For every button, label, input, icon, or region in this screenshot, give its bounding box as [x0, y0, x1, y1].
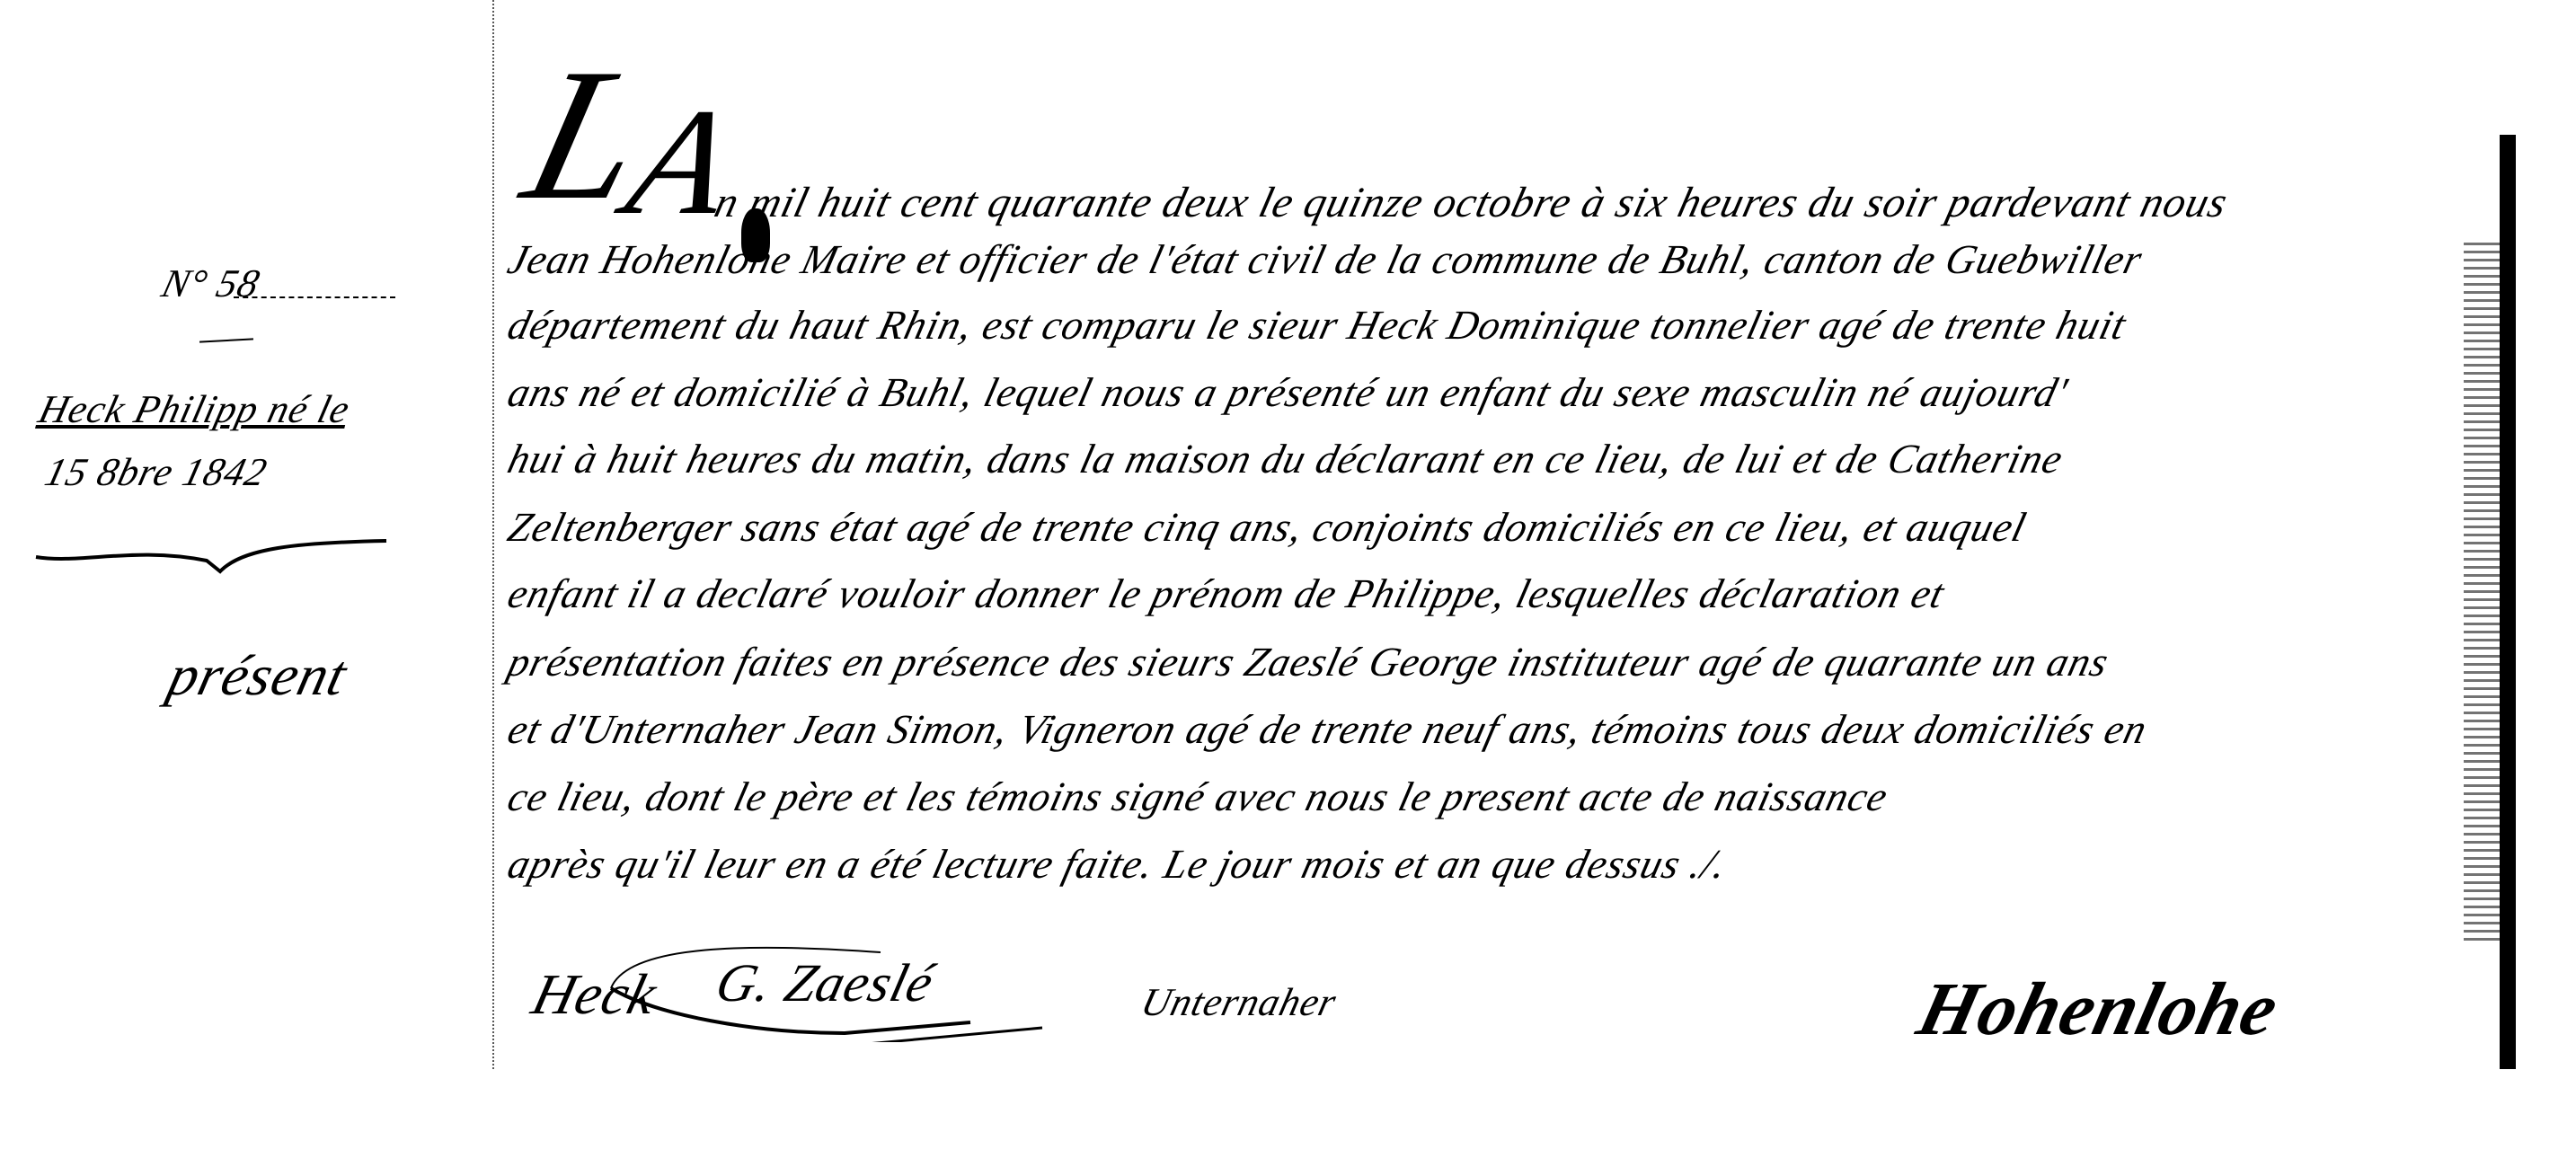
signature-mayor: Hohenlohe	[1909, 966, 2288, 1053]
text-line-8: présentation faites en présence des sieu…	[503, 638, 2114, 685]
document-page: N° 58 Heck Philipp né le 15 8bre 1842 pr…	[0, 0, 2576, 1176]
record-number-underline	[234, 296, 395, 298]
margin-birth-date: 15 8bre 1842	[40, 449, 272, 495]
text-line-9: et d'Unternaher Jean Simon, Vigneron agé…	[503, 705, 2152, 753]
ink-blot	[741, 208, 770, 262]
margin-child-name: Heck Philipp né le	[34, 386, 355, 432]
margin-present-note: présent	[162, 642, 354, 709]
text-line-6: Zeltenberger sans état agé de trente cin…	[503, 503, 2032, 551]
text-line-11: après qu'il leur en a été lecture faite.…	[503, 840, 1732, 888]
margin-divider	[199, 338, 253, 342]
text-line-3: département du haut Rhin, est comparu le…	[503, 301, 2131, 349]
text-line-10: ce lieu, dont le père et les témoins sig…	[503, 773, 1893, 820]
margin-flourish	[27, 521, 404, 575]
signature-witness-1: G. Zaeslé	[710, 952, 940, 1014]
margin-rule	[492, 0, 494, 1069]
record-number: N° 58	[157, 261, 265, 306]
text-line-7: enfant il a declaré vouloir donner le pr…	[503, 570, 1950, 617]
signature-father: Heck	[526, 961, 664, 1028]
text-line-4: ans né et domicilié à Buhl, lequel nous …	[503, 368, 2073, 416]
signature-witness-2: Unternaher	[1137, 979, 1341, 1025]
page-edge-shadow	[2500, 135, 2516, 1069]
text-line-1: n mil huit cent quarante deux le quinze …	[710, 178, 2233, 227]
text-line-5: hui à huit heures du matin, dans la mais…	[503, 435, 2068, 482]
